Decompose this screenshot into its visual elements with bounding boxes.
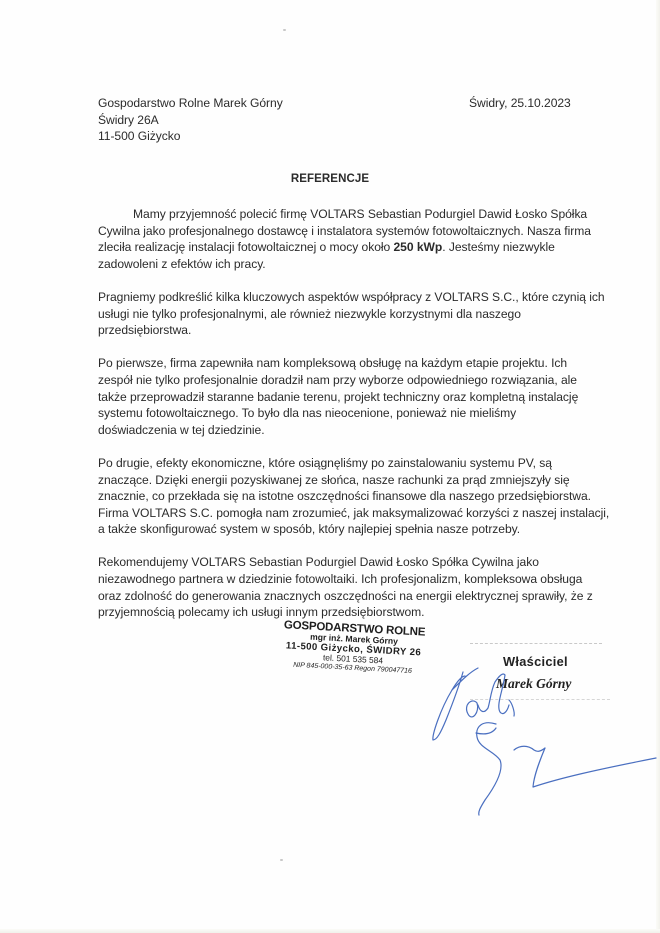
text-line: niezawodnego partnera w dziedzinie fotow… bbox=[98, 571, 573, 588]
stamp-border bbox=[470, 699, 610, 700]
text-line: zleciła realizację instalacji fotowoltai… bbox=[98, 239, 573, 256]
text-line: oraz zdolność do generowania znacznych o… bbox=[98, 588, 573, 605]
paragraph: Rekomendujemy VOLTARS Sebastian Podurgie… bbox=[98, 554, 573, 620]
sender-address-line1: Świdry 26A bbox=[98, 112, 283, 129]
text-line: także przeprowadził staranne badanie ter… bbox=[98, 389, 573, 406]
text-line: przedsiębiorstwa. bbox=[98, 322, 573, 339]
text-line: znacznie, co przekłada się na istotne os… bbox=[98, 488, 573, 505]
scan-speck bbox=[280, 859, 283, 861]
text-line: znaczące. Dzięki energii pozyskiwanej ze… bbox=[98, 472, 573, 489]
owner-role: Właściciel bbox=[503, 654, 568, 669]
text-line: zespół nie tylko profesjonalnie doradził… bbox=[98, 372, 573, 389]
letter-body: Mamy przyjemność polecić firmę VOLTARS S… bbox=[98, 206, 573, 637]
emphasis-power: 250 kWp bbox=[394, 240, 443, 254]
text-line: Rekomendujemy VOLTARS Sebastian Podurgie… bbox=[98, 554, 573, 571]
text-line: doświadczenia w tej dziedzinie. bbox=[98, 422, 573, 439]
text-line: przyjemnością polecamy ich usługi innym … bbox=[98, 604, 573, 621]
paragraph: Po pierwsze, firma zapewniła nam komplek… bbox=[98, 355, 573, 438]
document-page: Gospodarstwo Rolne Marek Górny Świdry 26… bbox=[0, 0, 660, 933]
sender-name: Gospodarstwo Rolne Marek Górny bbox=[98, 95, 283, 112]
text-line: zadowoleni z efektów ich pracy. bbox=[98, 256, 573, 273]
sender-address-line2: 11-500 Giżycko bbox=[98, 128, 283, 145]
sender-address: Gospodarstwo Rolne Marek Górny Świdry 26… bbox=[98, 95, 283, 145]
place-and-date: Świdry, 25.10.2023 bbox=[469, 95, 571, 112]
text-line: Cywilna jako profesjonalnego dostawcę i … bbox=[98, 223, 573, 240]
scan-speck bbox=[283, 29, 286, 31]
page-edge bbox=[656, 0, 660, 933]
page-edge bbox=[0, 929, 660, 933]
text-line: Firma VOLTARS S.C. pomogła nam zrozumieć… bbox=[98, 505, 573, 522]
text-line: systemu fotowoltaicznego. To było dla na… bbox=[98, 405, 573, 422]
paragraph: Pragniemy podkreślić kilka kluczowych as… bbox=[98, 289, 573, 339]
owner-stamp: Właściciel Marek Górny bbox=[470, 643, 620, 703]
paragraph: Po drugie, efekty ekonomiczne, które osi… bbox=[98, 455, 573, 538]
stamp-border bbox=[470, 643, 602, 644]
text-line: Mamy przyjemność polecić firmę VOLTARS S… bbox=[98, 206, 573, 223]
company-stamp: GOSPODARSTWO ROLNE mgr inż. Marek Górny … bbox=[277, 619, 429, 676]
document-title: REFERENCJE bbox=[0, 173, 660, 185]
paragraph: Mamy przyjemność polecić firmę VOLTARS S… bbox=[98, 206, 573, 272]
owner-name: Marek Górny bbox=[496, 676, 571, 692]
text-line: Pragniemy podkreślić kilka kluczowych as… bbox=[98, 289, 573, 306]
text-line: usługi nie tylko profesjonalnymi, ale ró… bbox=[98, 306, 573, 323]
text-line: Po drugie, efekty ekonomiczne, które osi… bbox=[98, 455, 573, 472]
text-line: a także skonfigurować system w sposób, k… bbox=[98, 521, 573, 538]
text-line: Po pierwsze, firma zapewniła nam komplek… bbox=[98, 355, 573, 372]
